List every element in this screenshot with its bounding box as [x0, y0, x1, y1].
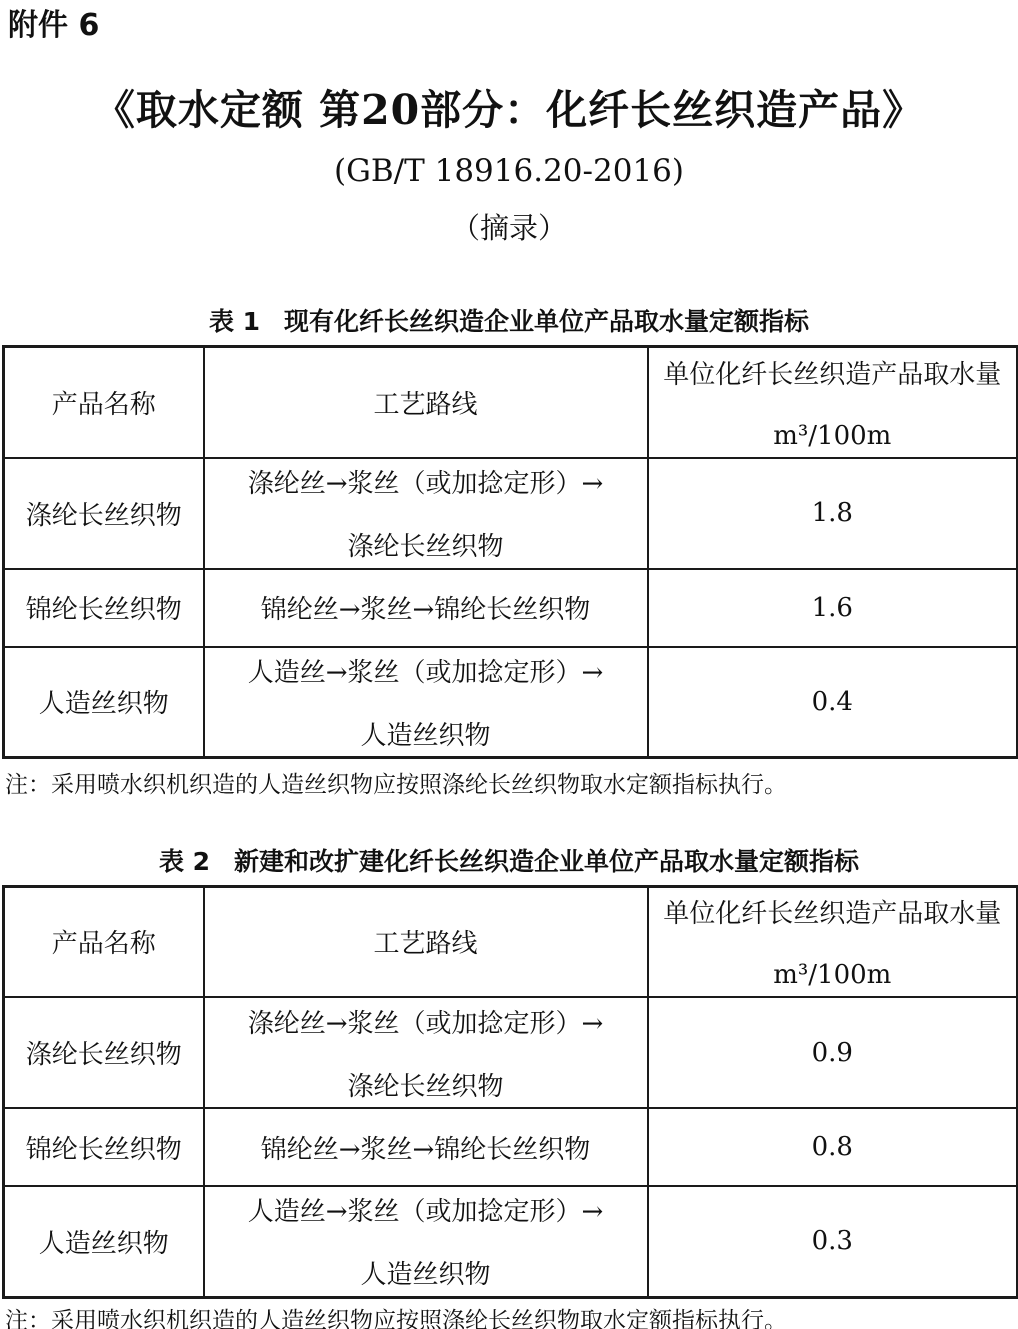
- process-cell: 锦纶丝→浆丝→锦纶长丝织物: [204, 569, 648, 647]
- col-header-product: 产品名称: [4, 347, 204, 458]
- intake-header-unit: m³/100m: [773, 421, 891, 451]
- value-cell: 0.9: [648, 997, 1018, 1108]
- process-line-2: 人造丝织物: [360, 1254, 490, 1291]
- product-cell: 涤纶长丝织物: [4, 458, 204, 569]
- table-row: 涤纶长丝织物 涤纶丝→浆丝（或加捻定形）→ 涤纶长丝织物 1.8: [4, 458, 1018, 569]
- table-row: 人造丝织物 人造丝→浆丝（或加捻定形）→ 人造丝织物 0.3: [4, 1186, 1018, 1297]
- table-1-caption-label: 表 1: [209, 307, 260, 336]
- table-1: 产品名称 工艺路线 单位化纤长丝织造产品取水量 m³/100m 涤纶长丝织物 涤…: [2, 345, 1018, 759]
- intake-header-stack: 单位化纤长丝织造产品取水量 m³/100m: [653, 893, 1013, 990]
- process-line-1: 锦纶丝→浆丝→锦纶长丝织物: [261, 1135, 591, 1165]
- table-row: 锦纶长丝织物 锦纶丝→浆丝→锦纶长丝织物 0.8: [4, 1108, 1018, 1186]
- process-line-2: 涤纶长丝织物: [347, 1066, 503, 1103]
- process-cell: 锦纶丝→浆丝→锦纶长丝织物: [204, 1108, 648, 1186]
- value-cell: 1.6: [648, 569, 1018, 647]
- process-line-1: 涤纶丝→浆丝（或加捻定形）→: [248, 1003, 604, 1040]
- product-cell: 涤纶长丝织物: [4, 997, 204, 1108]
- product-cell: 锦纶长丝织物: [4, 569, 204, 647]
- col-header-product: 产品名称: [4, 886, 204, 997]
- process-cell: 涤纶丝→浆丝（或加捻定形）→ 涤纶长丝织物: [204, 997, 648, 1108]
- process-cell: 人造丝→浆丝（或加捻定形）→ 人造丝织物: [204, 1186, 648, 1297]
- col-header-intake: 单位化纤长丝织造产品取水量 m³/100m: [648, 886, 1018, 997]
- document-page: 附件 6 《取水定额 第20部分：化纤长丝织造产品》 (GB/T 18916.2…: [0, 0, 1018, 1329]
- intake-header-title: 单位化纤长丝织造产品取水量: [663, 893, 1001, 930]
- col-header-process: 工艺路线: [204, 886, 648, 997]
- process-stack: 涤纶丝→浆丝（或加捻定形）→ 涤纶长丝织物: [209, 1003, 643, 1103]
- process-line-2: 人造丝织物: [360, 715, 490, 752]
- document-title: 《取水定额 第20部分：化纤长丝织造产品》: [0, 84, 1018, 137]
- table-row: 人造丝织物 人造丝→浆丝（或加捻定形）→ 人造丝织物 0.4: [4, 647, 1018, 758]
- table-1-header-row: 产品名称 工艺路线 单位化纤长丝织造产品取水量 m³/100m: [4, 347, 1018, 458]
- table-2-caption-text: 新建和改扩建化纤长丝织造企业单位产品取水量定额指标: [234, 847, 859, 876]
- process-cell: 人造丝→浆丝（或加捻定形）→ 人造丝织物: [204, 647, 648, 758]
- intake-header-title: 单位化纤长丝织造产品取水量: [663, 354, 1001, 391]
- process-stack: 涤纶丝→浆丝（或加捻定形）→ 涤纶长丝织物: [209, 463, 643, 563]
- process-line-2: 涤纶长丝织物: [347, 526, 503, 563]
- standard-number: (GB/T 18916.20-2016): [0, 151, 1018, 191]
- table-1-note: 注：采用喷水织机织造的人造丝织物应按照涤纶长丝织物取水定额指标执行。: [5, 771, 1018, 801]
- process-line-1: 锦纶丝→浆丝→锦纶长丝织物: [261, 595, 591, 625]
- process-cell: 涤纶丝→浆丝（或加捻定形）→ 涤纶长丝织物: [204, 458, 648, 569]
- product-cell: 人造丝织物: [4, 647, 204, 758]
- table-2-caption-label: 表 2: [159, 847, 210, 876]
- col-header-intake: 单位化纤长丝织造产品取水量 m³/100m: [648, 347, 1018, 458]
- process-line-1: 人造丝→浆丝（或加捻定形）→: [248, 652, 604, 689]
- process-line-1: 人造丝→浆丝（或加捻定形）→: [248, 1191, 604, 1228]
- process-stack: 人造丝→浆丝（或加捻定形）→ 人造丝织物: [209, 652, 643, 752]
- col-header-process: 工艺路线: [204, 347, 648, 458]
- table-2-caption: 表 2新建和改扩建化纤长丝织造企业单位产品取水量定额指标: [0, 845, 1018, 879]
- process-stack: 人造丝→浆丝（或加捻定形）→ 人造丝织物: [209, 1191, 643, 1291]
- table-2-note: 注：采用喷水织机织造的人造丝织物应按照涤纶长丝织物取水定额指标执行。: [5, 1307, 1018, 1329]
- table-row: 涤纶长丝织物 涤纶丝→浆丝（或加捻定形）→ 涤纶长丝织物 0.9: [4, 997, 1018, 1108]
- intake-header-stack: 单位化纤长丝织造产品取水量 m³/100m: [653, 354, 1013, 451]
- table-1-caption-text: 现有化纤长丝织造企业单位产品取水量定额指标: [284, 307, 809, 336]
- excerpt-label: （摘录）: [0, 210, 1018, 248]
- value-cell: 0.3: [648, 1186, 1018, 1297]
- value-cell: 1.8: [648, 458, 1018, 569]
- value-cell: 0.4: [648, 647, 1018, 758]
- table-2: 产品名称 工艺路线 单位化纤长丝织造产品取水量 m³/100m 涤纶长丝织物 涤…: [2, 885, 1018, 1299]
- value-cell: 0.8: [648, 1108, 1018, 1186]
- table-row: 锦纶长丝织物 锦纶丝→浆丝→锦纶长丝织物 1.6: [4, 569, 1018, 647]
- table-2-header-row: 产品名称 工艺路线 单位化纤长丝织造产品取水量 m³/100m: [4, 886, 1018, 997]
- intake-header-unit: m³/100m: [773, 960, 891, 990]
- product-cell: 锦纶长丝织物: [4, 1108, 204, 1186]
- product-cell: 人造丝织物: [4, 1186, 204, 1297]
- table-1-caption: 表 1现有化纤长丝织造企业单位产品取水量定额指标: [0, 305, 1018, 339]
- attachment-label: 附件 6: [8, 0, 1018, 44]
- process-line-1: 涤纶丝→浆丝（或加捻定形）→: [248, 463, 604, 500]
